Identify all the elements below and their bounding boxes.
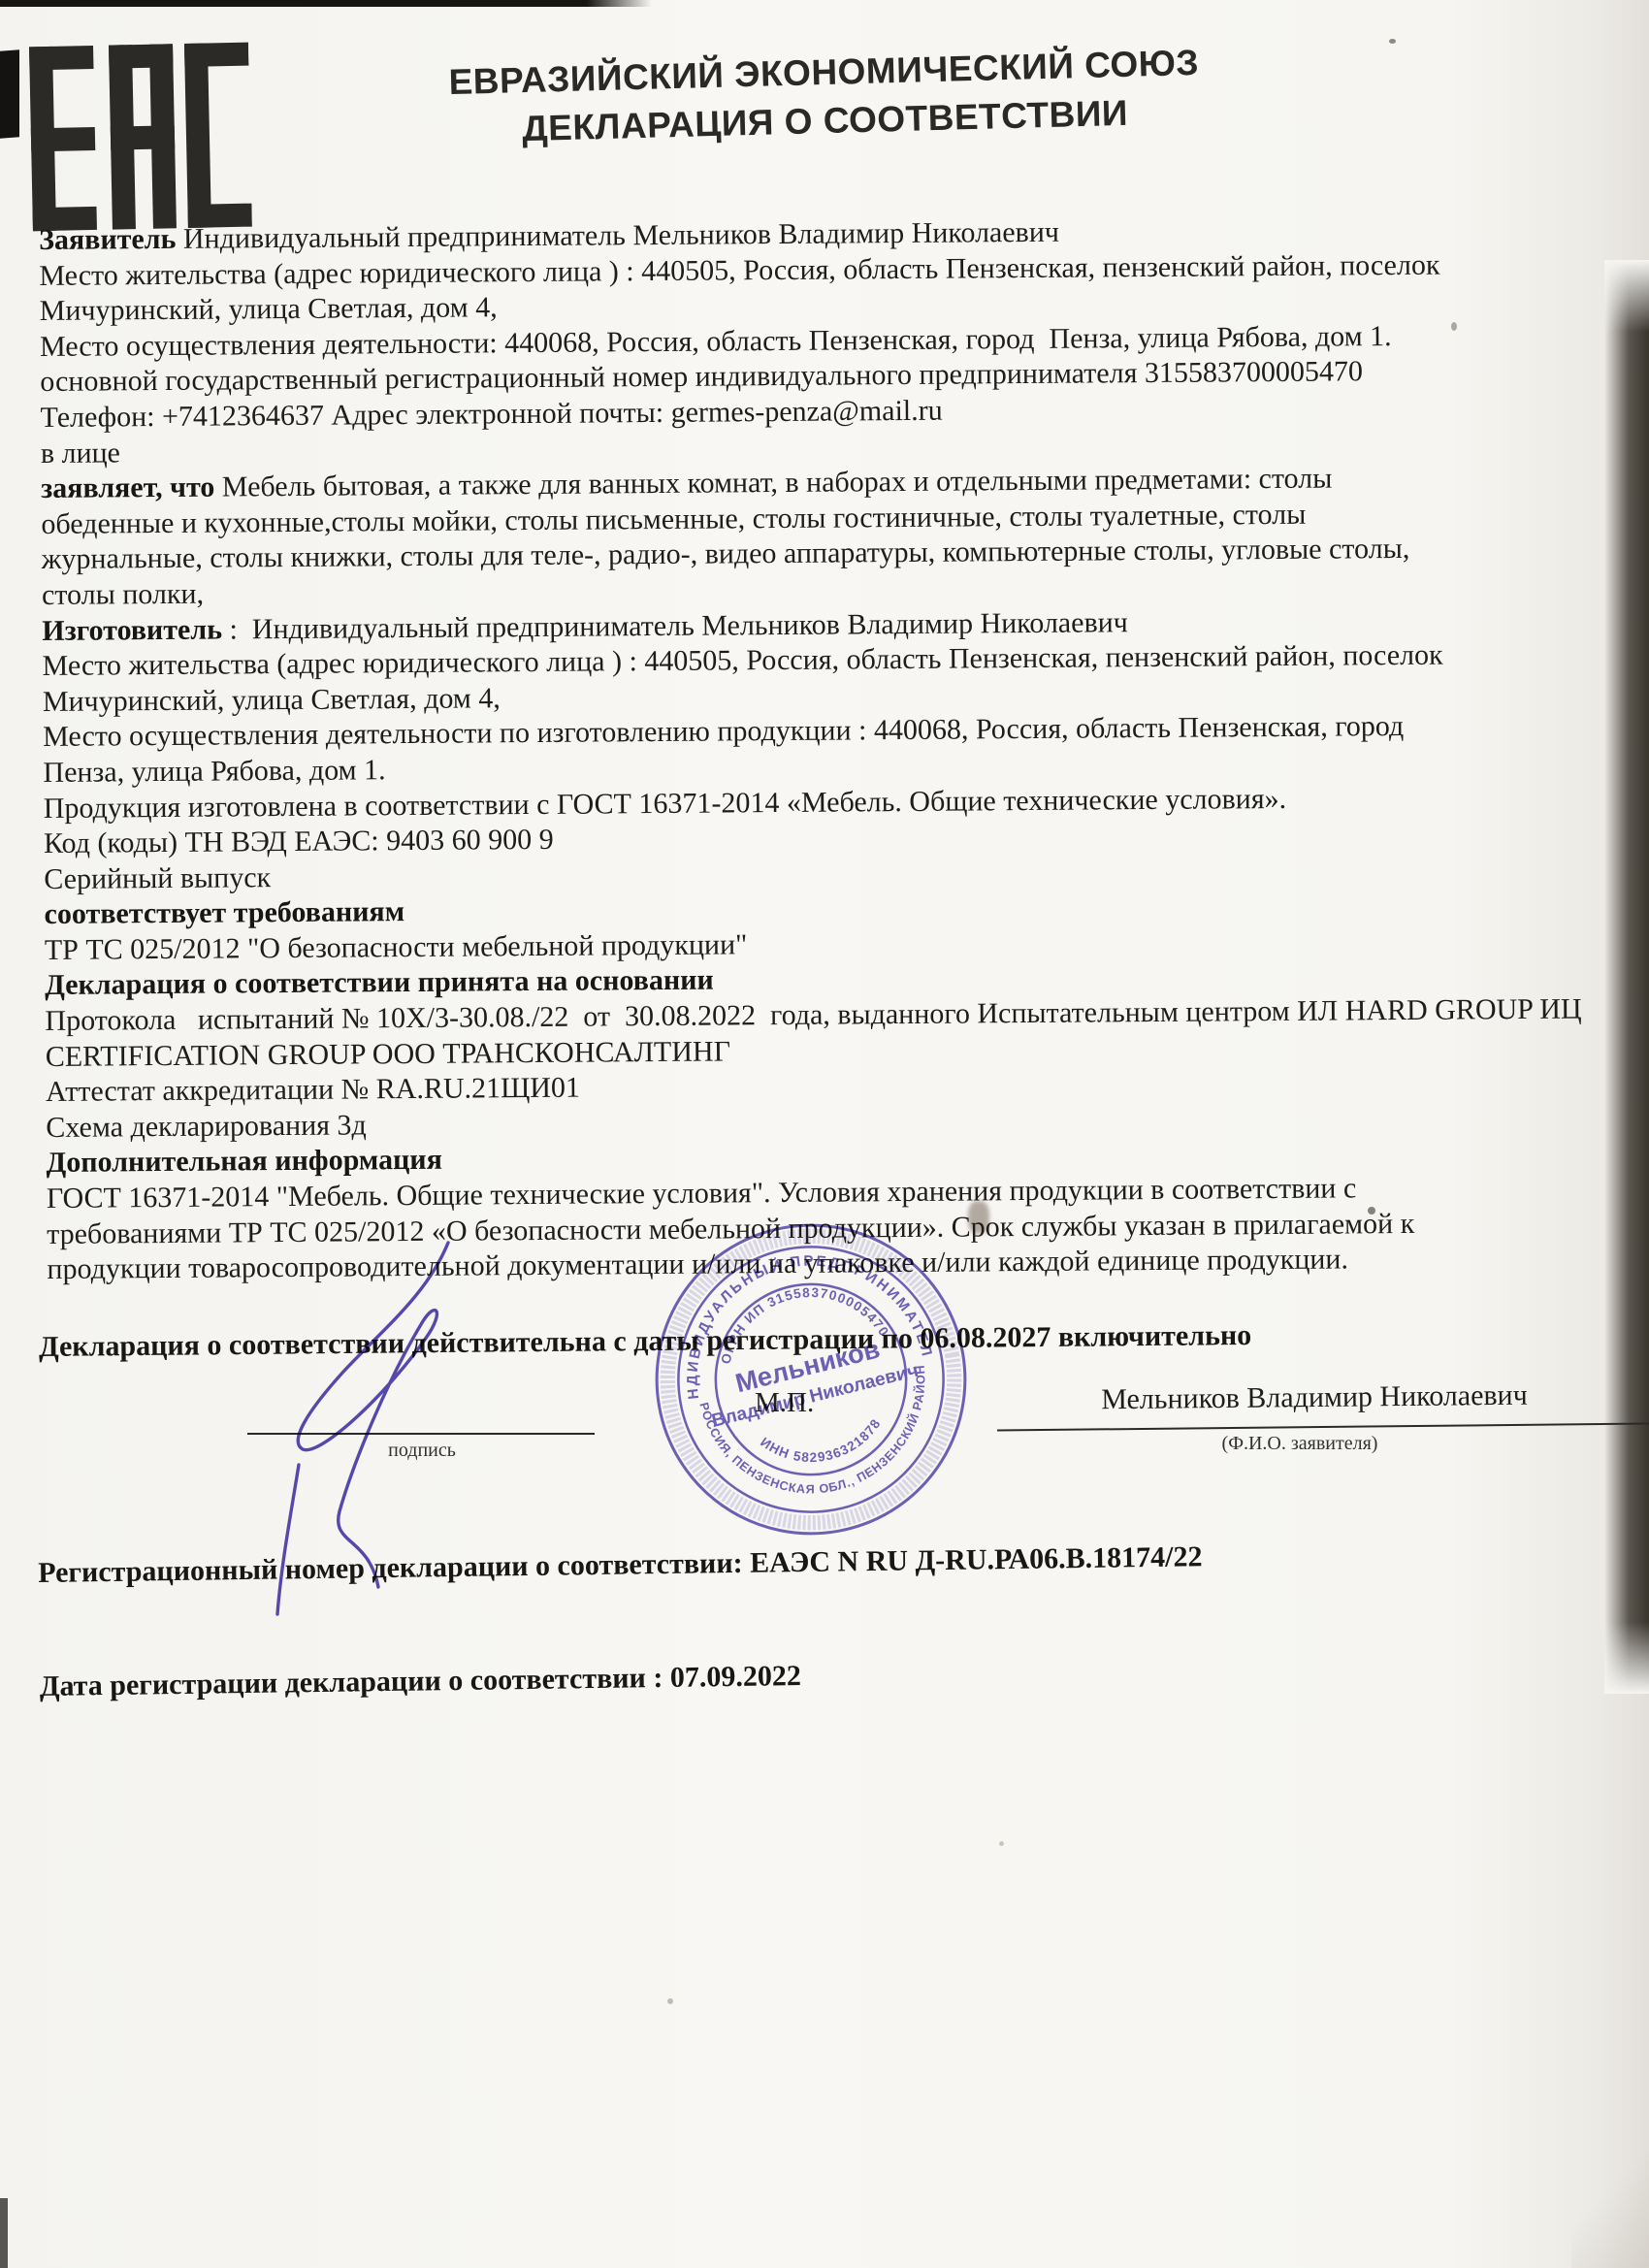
scan-speck bbox=[667, 1998, 673, 2004]
registration-date-line: Дата регистрации декларации о соответств… bbox=[40, 1651, 1205, 1705]
applicant-fio: Мельников Владимир Николаевич bbox=[1014, 1378, 1615, 1417]
body-line-text: Телефон: +7412364637 Адрес электронной п… bbox=[40, 395, 942, 434]
fio-caption: (Ф.И.О. заявителя) bbox=[1115, 1433, 1484, 1455]
body-line-bold: Дополнительная информация bbox=[46, 1144, 442, 1179]
body-line-text: Аттестат аккредитации № RA.RU.21ЩИ01 bbox=[46, 1072, 580, 1108]
eac-logo-icon bbox=[25, 39, 252, 238]
scan-artifact-bottom-left bbox=[0, 2198, 8, 2268]
body-line-bold: Декларация о соответствии принята на осн… bbox=[45, 964, 714, 1001]
document-body: Заявитель Индивидуальный предприниматель… bbox=[39, 211, 1584, 1288]
body-line-text: столы полки, bbox=[42, 578, 204, 611]
body-line-bold: заявляет, что bbox=[41, 471, 214, 504]
signature-strokes bbox=[136, 1203, 679, 1620]
body-line-bold: Изготовитель bbox=[42, 613, 222, 646]
body-line-text: Мичуринский, улица Светлая, дом 4, bbox=[43, 682, 501, 718]
body-line-text: Код (коды) ТН ВЭД ЕАЭС: 9403 60 900 9 bbox=[44, 824, 554, 859]
scan-artifact-bottom-right bbox=[1571, 2152, 1649, 2268]
scan-artifact-top-strip bbox=[0, 0, 652, 7]
body-line-text: Пенза, улица Рябова, дом 1. bbox=[43, 754, 385, 789]
body-line-text: CERTIFICATION GROUP ООО ТРАНСКОНСАЛТИНГ bbox=[46, 1035, 730, 1073]
body-line-text: ТР ТС 025/2012 "О безопасности мебельной… bbox=[45, 928, 748, 966]
body-line-bold: Заявитель bbox=[39, 223, 177, 256]
body-line-text: в лице bbox=[41, 437, 120, 470]
scan-speck bbox=[999, 1841, 1004, 1846]
fio-line bbox=[997, 1422, 1649, 1431]
scan-artifact-right-band bbox=[1604, 260, 1649, 1694]
scanned-declaration-page: ЕВРАЗИЙСКИЙ ЭКОНОМИЧЕСКИЙ СОЮЗ ДЕКЛАРАЦИ… bbox=[0, 0, 1649, 2268]
body-line-text: Мичуринский, улица Светлая, дом 4, bbox=[40, 291, 498, 327]
body-line-text: : Индивидуальный предприниматель Мельник… bbox=[222, 606, 1128, 645]
body-line-bold: соответствует требованиям bbox=[44, 895, 404, 930]
body-line-text: Индивидуальный предприниматель Мельников… bbox=[176, 216, 1059, 255]
body-line-text: Мебель бытовая, а также для ванных комна… bbox=[214, 463, 1332, 503]
scan-artifact-left-wedge bbox=[0, 49, 19, 138]
body-line-text: Схема декларирования 3д bbox=[46, 1109, 367, 1144]
document-title: ЕВРАЗИЙСКИЙ ЭКОНОМИЧЕСКИЙ СОЮЗ ДЕКЛАРАЦИ… bbox=[319, 35, 1330, 158]
handwritten-signature bbox=[136, 1203, 679, 1620]
scan-speck bbox=[1389, 39, 1396, 44]
body-line-text: Серийный выпуск bbox=[44, 861, 271, 895]
eac-logo-glyphs bbox=[25, 39, 252, 238]
